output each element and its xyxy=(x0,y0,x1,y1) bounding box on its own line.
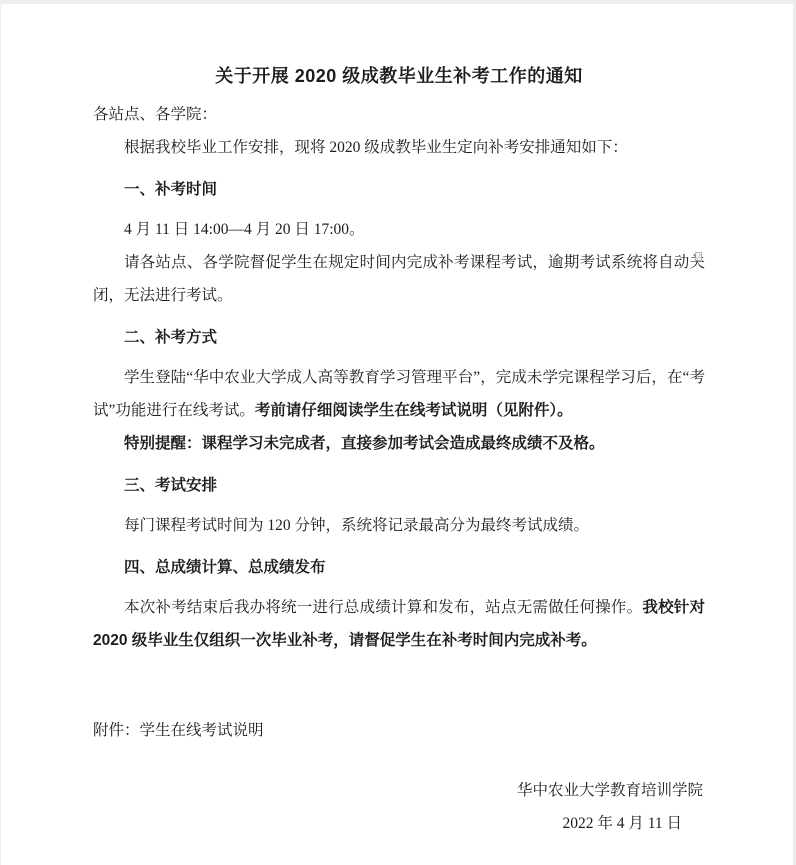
scan-artifact xyxy=(695,252,702,261)
page-top-edge xyxy=(0,0,796,4)
section1-urge-paragraph: 请各站点、各学院督促学生在规定时间内完成补考课程考试，逾期考试系统将自动关闭，无… xyxy=(93,246,705,312)
document-title: 关于开展 2020 级成教毕业生补考工作的通知 xyxy=(93,62,705,90)
section4-body-paragraph: 本次补考结束后我办将统一进行总成绩计算和发布，站点无需做任何操作。我校针对 20… xyxy=(93,591,705,657)
page-left-edge xyxy=(0,0,1,865)
section3-heading: 三、考试安排 xyxy=(93,469,705,502)
section1-heading: 一、补考时间 xyxy=(93,173,705,206)
notice-document-page: 关于开展 2020 级成教毕业生补考工作的通知 各站点、各学院： 根据我校毕业工… xyxy=(0,0,796,865)
section2-reminder-paragraph: 特别提醒：课程学习未完成者，直接参加考试会造成最终成绩不及格。 xyxy=(93,427,705,460)
signer-line: 华中农业大学教育培训学院 xyxy=(93,774,705,807)
section4-body-normal-run: 本次补考结束后我办将统一进行总成绩计算和发布，站点无需做任何操作。 xyxy=(124,599,642,616)
salutation: 各站点、各学院： xyxy=(93,98,705,131)
section4-heading: 四、总成绩计算、总成绩发布 xyxy=(93,551,705,584)
section2-method-paragraph: 学生登陆“华中农业大学成人高等教育学习管理平台”，完成未学完课程学习后，在“考试… xyxy=(93,361,705,427)
section1-time-paragraph: 4 月 11 日 14:00—4 月 20 日 17:00。 xyxy=(93,213,705,246)
section2-method-bold-run: 考前请仔细阅读学生在线考试说明（见附件）。 xyxy=(255,402,573,419)
date-line: 2022 年 4 月 11 日 xyxy=(93,807,705,840)
attachment-line: 附件：学生在线考试说明 xyxy=(93,714,705,747)
section2-heading: 二、补考方式 xyxy=(93,321,705,354)
section3-body-paragraph: 每门课程考试时间为 120 分钟，系统将记录最高分为最终考试成绩。 xyxy=(93,509,705,542)
document-content: 关于开展 2020 级成教毕业生补考工作的通知 各站点、各学院： 根据我校毕业工… xyxy=(93,62,705,840)
intro-paragraph: 根据我校毕业工作安排，现将 2020 级成教毕业生定向补考安排通知如下： xyxy=(93,131,705,164)
